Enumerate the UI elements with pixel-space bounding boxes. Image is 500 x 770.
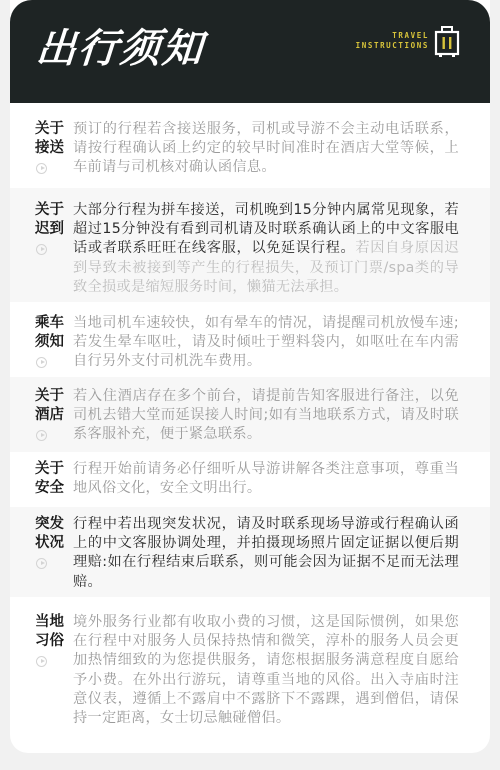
- label-line-2: 须知: [35, 333, 67, 352]
- section-hotel: 关于 酒店 若入住酒店存在多个前台，请提前告知客服进行备注，以免司机去错大堂而延…: [10, 377, 490, 452]
- play-circle-icon: [36, 656, 47, 667]
- travel-instructions-card: 出行须知 TRAVEL INSTRUCTIONS 关于: [10, 0, 490, 753]
- section-label: 关于 酒店: [35, 387, 67, 425]
- section-emergency: 突发 状况 行程中若出现突发状况，请及时联系现场导游或行程确认函上的中文客服协调…: [10, 507, 490, 597]
- label-line-1: 乘车: [35, 314, 67, 333]
- section-text: 行程中若出现突发状况，请及时联系现场导游或行程确认函上的中文客服协调处理，并拍摄…: [73, 515, 459, 597]
- play-circle-icon: [36, 244, 47, 255]
- section-safety: 关于 安全 行程开始前请务必仔细听从导游讲解各类注意事项，尊重当地风俗文化，安全…: [10, 452, 490, 507]
- label-line-2: 习俗: [35, 632, 67, 651]
- label-line-1: 关于: [35, 460, 67, 479]
- page-title: 出行须知: [34, 22, 206, 76]
- section-riding: 乘车 须知 当地司机车速较快，如有晕车的情况，请提醒司机放慢车速;若发生晕车呕吐…: [10, 302, 490, 377]
- section-text: 大部分行程为拼车接送，司机晚到15分钟内属常见现象，若超过15分钟没有看到司机请…: [73, 201, 459, 302]
- label-line-2: 状况: [35, 534, 67, 553]
- section-label: 关于 接送: [35, 120, 67, 158]
- play-circle-icon: [36, 163, 47, 174]
- label-line-1: 突发: [35, 515, 67, 534]
- travel-instructions-badge: TRAVEL INSTRUCTIONS: [356, 26, 460, 56]
- label-line-1: 当地: [35, 613, 67, 632]
- section-label: 突发 状况: [35, 515, 67, 553]
- header: 出行须知 TRAVEL INSTRUCTIONS: [10, 0, 490, 103]
- badge-text: TRAVEL INSTRUCTIONS: [356, 31, 429, 51]
- section-label: 关于 迟到: [35, 201, 67, 239]
- section-text: 当地司机车速较快，如有晕车的情况，请提醒司机放慢车速;若发生晕车呕吐，请及时倾吐…: [73, 314, 459, 377]
- badge-line-1: TRAVEL: [356, 31, 429, 41]
- section-text: 境外服务行业都有收取小费的习惯，这是国际惯例，如果您在行程中对服务人员保持热情和…: [73, 613, 459, 753]
- section-label: 关于 安全: [35, 460, 67, 498]
- badge-line-2: INSTRUCTIONS: [356, 41, 429, 51]
- label-line-2: 接送: [35, 139, 67, 158]
- play-circle-icon: [36, 357, 47, 368]
- suitcase-icon: [434, 26, 460, 56]
- section-text: 若入住酒店存在多个前台，请提前告知客服进行备注，以免司机去错大堂而延误接人时间;…: [73, 387, 459, 452]
- label-line-2: 安全: [35, 479, 67, 498]
- label-line-1: 关于: [35, 387, 67, 406]
- section-text: 预订的行程若含接送服务，司机或导游不会主动电话联系，请按行程确认函上约定的较早时…: [73, 120, 459, 188]
- label-line-1: 关于: [35, 120, 67, 139]
- section-label: 乘车 须知: [35, 314, 67, 352]
- section-local-customs: 当地 习俗 境外服务行业都有收取小费的习惯，这是国际惯例，如果您在行程中对服务人…: [10, 597, 490, 753]
- label-line-2: 迟到: [35, 220, 67, 239]
- label-line-2: 酒店: [35, 406, 67, 425]
- section-text: 行程开始前请务必仔细听从导游讲解各类注意事项，尊重当地风俗文化，安全文明出行。: [73, 460, 459, 507]
- play-circle-icon: [36, 558, 47, 569]
- label-line-1: 关于: [35, 201, 67, 220]
- play-circle-icon: [36, 430, 47, 441]
- section-label: 当地 习俗: [35, 613, 67, 651]
- section-late: 关于 迟到 大部分行程为拼车接送，司机晚到15分钟内属常见现象，若超过15分钟没…: [10, 188, 490, 302]
- section-pickup: 关于 接送 预订的行程若含接送服务，司机或导游不会主动电话联系，请按行程确认函上…: [10, 103, 490, 188]
